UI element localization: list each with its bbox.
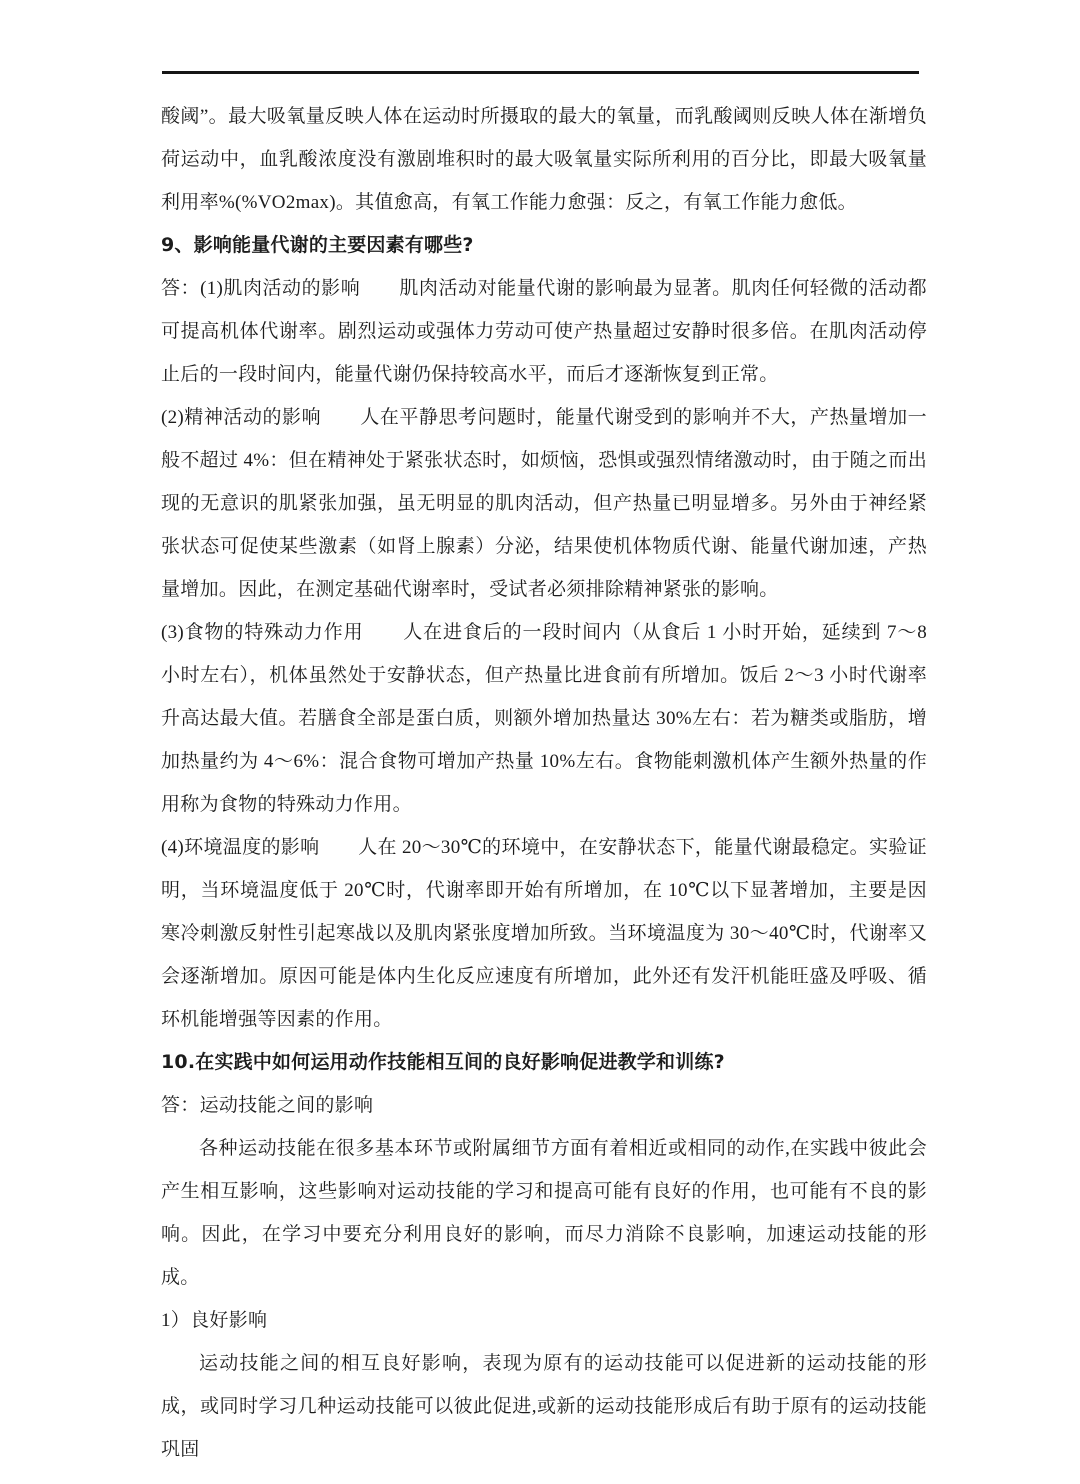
answer-10-good-influence-label: 1）良好影响: [161, 1299, 927, 1342]
answer-10-intro: 答：运动技能之间的影响: [161, 1084, 927, 1127]
paragraph-continued: 酸阈”。最大吸氧量反映人体在运动时所摄取的最大的氧量，而乳酸阈则反映人体在渐增负…: [161, 95, 927, 224]
answer-9-food-specific-dynamic-action: (3)食物的特殊动力作用 人在进食后的一段时间内（从食后 1 小时开始，延续到 …: [161, 611, 927, 826]
answer-9-mental-activity: (2)精神活动的影响 人在平静思考问题时，能量代谢受到的影响并不大，产热量增加一…: [161, 396, 927, 611]
answer-9-ambient-temperature: (4)环境温度的影响 人在 20～30℃的环境中，在安静状态下，能量代谢最稳定。…: [161, 826, 927, 1041]
question-9-heading: 9、影响能量代谢的主要因素有哪些?: [161, 224, 927, 267]
answer-9-muscle-activity: 答：(1)肌肉活动的影响 肌肉活动对能量代谢的影响最为显著。肌肉任何轻微的活动都…: [161, 267, 927, 396]
answer-10-mutual-influence: 各种运动技能在很多基本环节或附属细节方面有着相近或相同的动作,在实践中彼此会产生…: [161, 1127, 927, 1299]
question-10-heading: 10.在实践中如何运用动作技能相互间的良好影响促进教学和训练?: [161, 1041, 927, 1084]
header-rule: [162, 71, 919, 74]
answer-10-good-influence-body: 运动技能之间的相互良好影响，表现为原有的运动技能可以促进新的运动技能的形成，或同…: [161, 1342, 927, 1471]
document-content: 酸阈”。最大吸氧量反映人体在运动时所摄取的最大的氧量，而乳酸阈则反映人体在渐增负…: [161, 95, 927, 1471]
document-page: 酸阈”。最大吸氧量反映人体在运动时所摄取的最大的氧量，而乳酸阈则反映人体在渐增负…: [0, 0, 1080, 1484]
